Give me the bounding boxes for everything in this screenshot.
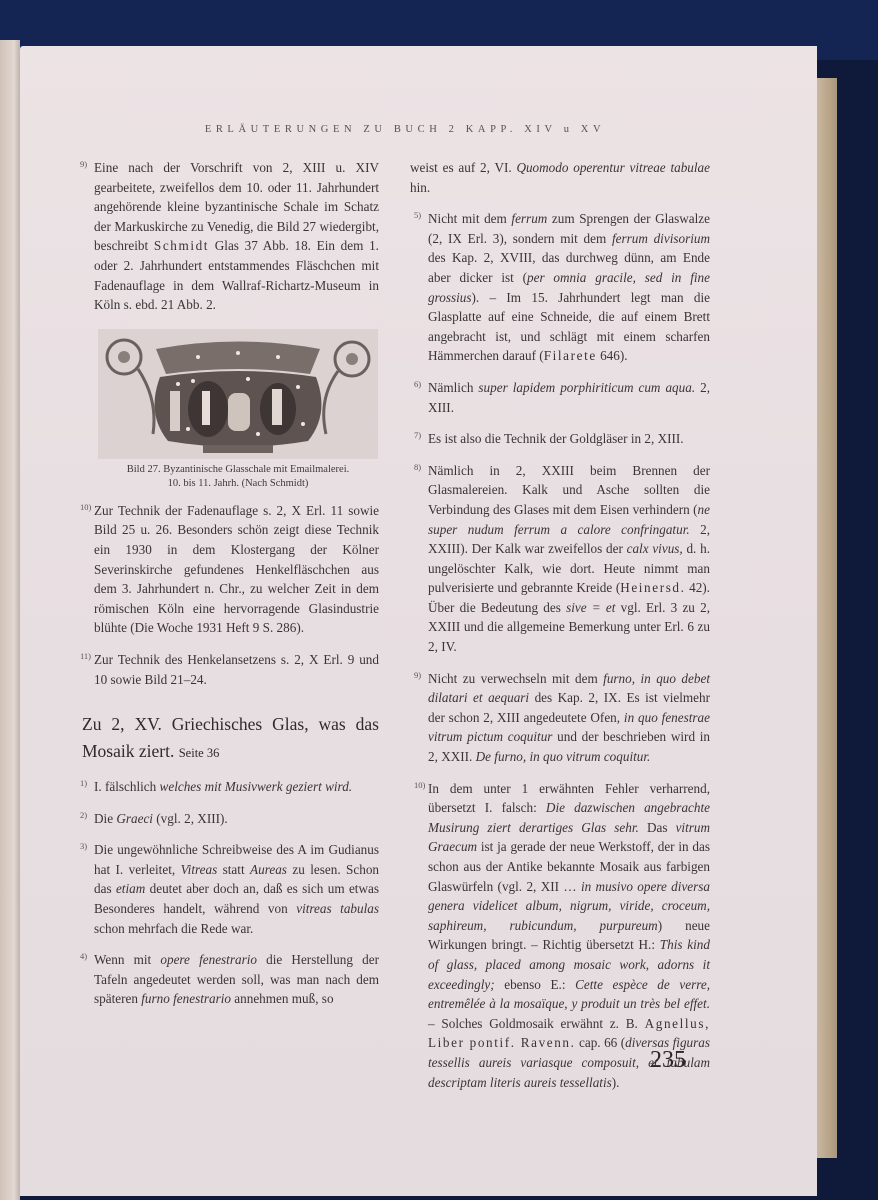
footnote-body: In dem unter 1 erwähnten Fehler verharre…	[428, 779, 710, 1093]
left-page-edge	[0, 40, 20, 1200]
footnote-number: 9)	[80, 155, 87, 175]
right-column: weist es auf 2, VI. Quomodo operentur vi…	[410, 158, 710, 1104]
figure-caption-line-1: Bild 27. Byzantinische Glasschale mit Em…	[94, 463, 382, 477]
footnote-number: 10)	[80, 498, 91, 518]
footnote-number: 3)	[80, 837, 87, 857]
footnote-number: 7)	[414, 426, 421, 446]
footnote-body: Die ungewöhnliche Schreibweise des A im …	[94, 840, 379, 938]
bowl-illustration-icon	[98, 329, 378, 459]
footnote-body: Nicht mit dem ferrum zum Sprengen der Gl…	[428, 209, 710, 366]
figure-caption: Bild 27. Byzantinische Glasschale mit Em…	[94, 463, 382, 491]
footnote-number: 4)	[80, 947, 87, 967]
footnote: 6)Nämlich super lapidem porphiriticum cu…	[410, 378, 710, 417]
footnote-number: 8)	[414, 458, 421, 478]
footnote-number: 10)	[414, 776, 425, 796]
footnote: 8)Nämlich in 2, XXIII beim Brennen der G…	[410, 461, 710, 657]
footnote-number: 5)	[414, 206, 421, 226]
footnote-body: Nicht zu verwechseln mit dem furno, in q…	[428, 669, 710, 767]
footnote-body: Die Graeci (vgl. 2, XIII).	[94, 809, 379, 829]
right-page-block-edge	[817, 78, 837, 1158]
footnote: 9)Eine nach der Vorschrift von 2, XIII u…	[76, 158, 379, 315]
footnote-number: 6)	[414, 375, 421, 395]
footnote: 1)I. fälschlich welches mit Musivwerk ge…	[76, 777, 379, 797]
footnote: 11)Zur Technik des Henkelansetzens s. 2,…	[76, 650, 379, 689]
footnote: 3)Die ungewöhnliche Schreibweise des A i…	[76, 840, 379, 938]
left-notes-middle: 10)Zur Technik der Fadenauflage s. 2, X …	[76, 501, 379, 689]
footnote-body: Zur Technik des Henkelansetzens s. 2, X …	[94, 650, 379, 689]
footnote-body: Wenn mit opere fenestrario die Herstellu…	[94, 950, 379, 1009]
figure-27: Bild 27. Byzantinische Glasschale mit Em…	[94, 329, 382, 491]
footnote-body: Nämlich in 2, XXIII beim Brennen der Gla…	[428, 461, 710, 657]
footnote: 10)Zur Technik der Fadenauflage s. 2, X …	[76, 501, 379, 638]
left-notes-top: 9)Eine nach der Vorschrift von 2, XIII u…	[76, 158, 379, 315]
footnote: 10)In dem unter 1 erwähnten Fehler verha…	[410, 779, 710, 1093]
section-heading: Zu 2, XV. Griechisches Glas, was das Mos…	[82, 711, 379, 767]
left-notes-bottom: 1)I. fälschlich welches mit Musivwerk ge…	[76, 777, 379, 1009]
footnote-body: I. fälschlich welches mit Musivwerk gezi…	[94, 777, 379, 797]
footnote: 5)Nicht mit dem ferrum zum Sprengen der …	[410, 209, 710, 366]
footnote-number: 2)	[80, 806, 87, 826]
page-number: 235	[650, 1047, 686, 1074]
section-title: Zu 2, XV. Griechisches Glas, was das Mos…	[82, 714, 379, 761]
byzantine-bowl-image	[98, 329, 378, 459]
figure-caption-line-2: 10. bis 11. Jahrh. (Nach Schmidt)	[94, 477, 382, 491]
left-column: 9)Eine nach der Vorschrift von 2, XIII u…	[76, 158, 379, 1021]
footnote: 9)Nicht zu verwechseln mit dem furno, in…	[410, 669, 710, 767]
footnote-number: 11)	[80, 647, 91, 667]
footnote-body: Nämlich super lapidem porphiriticum cum …	[428, 378, 710, 417]
footnote-number: 9)	[414, 666, 421, 686]
footnote-body: weist es auf 2, VI. Quomodo operentur vi…	[410, 158, 710, 197]
right-notes: 5)Nicht mit dem ferrum zum Sprengen der …	[410, 209, 710, 1092]
footnote-body: Eine nach der Vorschrift von 2, XIII u. …	[94, 158, 379, 315]
footnote: 4)Wenn mit opere fenestrario die Herstel…	[76, 950, 379, 1009]
footnote-body: Es ist also die Technik der Goldgläser i…	[428, 429, 710, 449]
footnote: 7)Es ist also die Technik der Goldgläser…	[410, 429, 710, 449]
footnote-body: Zur Technik der Fadenauflage s. 2, X Erl…	[94, 501, 379, 638]
section-page-ref: Seite 36	[179, 746, 220, 760]
footnote: 2)Die Graeci (vgl. 2, XIII).	[76, 809, 379, 829]
footnote-number: 1)	[80, 774, 87, 794]
running-head: ERLÄUTERUNGEN ZU BUCH 2 KAPP. XIV u XV	[175, 124, 635, 135]
footnote-continuation: weist es auf 2, VI. Quomodo operentur vi…	[410, 158, 710, 197]
